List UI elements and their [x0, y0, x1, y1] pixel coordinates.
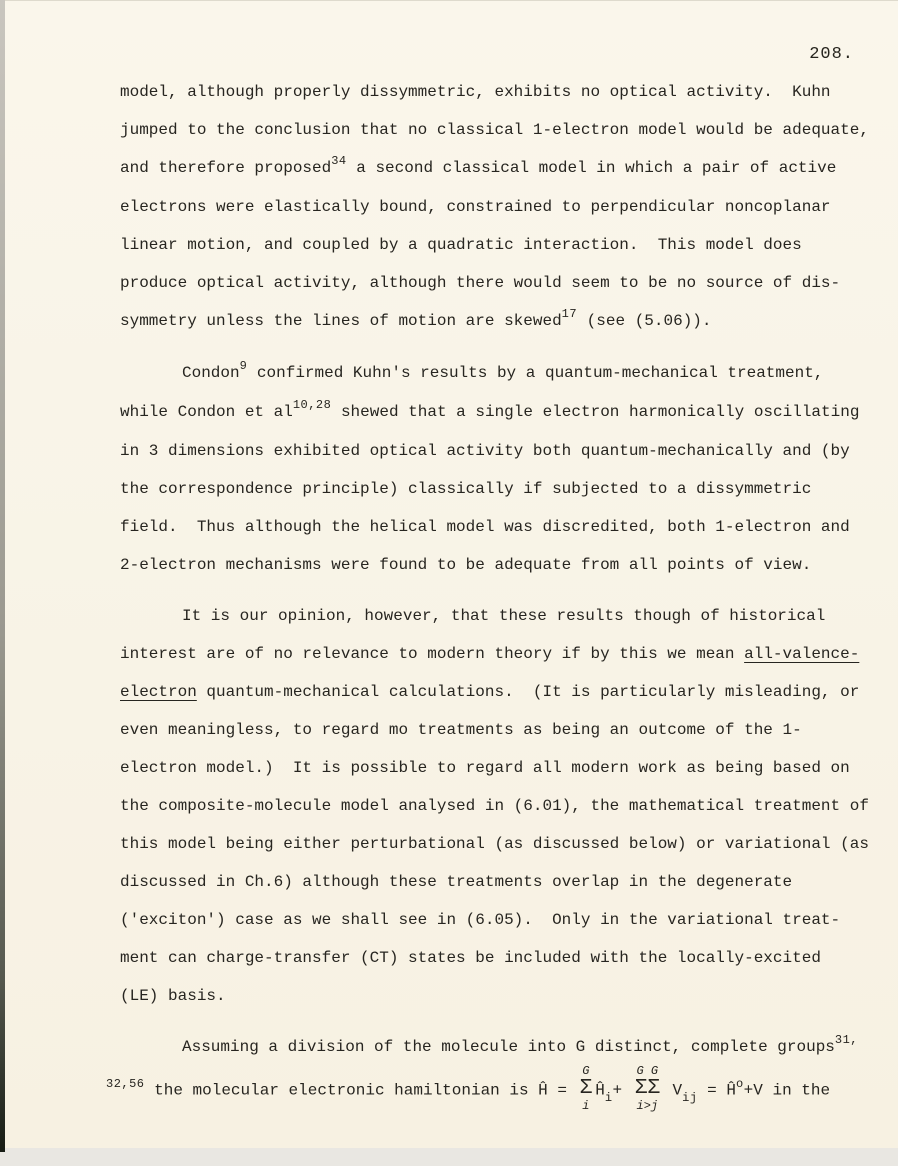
paragraph: It is our opinion, however, that these r…: [120, 597, 898, 1015]
text-line: (LE) basis.: [120, 977, 898, 1015]
text-segment: confirmed Kuhn's results by a quantum-me…: [247, 364, 823, 382]
document-page: 208. model, although properly dissymmetr…: [5, 0, 898, 1149]
text-segment: discussed in Ch.6) although these treatm…: [120, 873, 792, 891]
text-segment: electron model.) It is possible to regar…: [120, 759, 850, 777]
text-segment: +V in the: [744, 1082, 830, 1100]
summation-symbol: GΣi: [580, 1065, 593, 1112]
text-line: while Condon et al10,28 shewed that a si…: [120, 393, 898, 432]
text-line: interest are of no relevance to modern t…: [120, 635, 898, 673]
summation-symbol: G GΣΣi>j: [635, 1065, 660, 1112]
text-line: and therefore proposed34 a second classi…: [120, 149, 898, 188]
reference-superscript: 17: [562, 307, 577, 321]
text-segment: linear motion, and coupled by a quadrati…: [120, 236, 802, 254]
text-line: linear motion, and coupled by a quadrati…: [120, 226, 898, 264]
text-segment: i: [605, 1091, 613, 1105]
summation-sig: ΣΣ: [635, 1078, 660, 1099]
reference-superscript: 10,28: [293, 398, 332, 412]
text-segment: electron: [120, 683, 197, 701]
reference-superscript: o: [736, 1077, 744, 1091]
text-line: the composite-molecule model analysed in…: [120, 787, 898, 825]
text-segment: the correspondence principle) classicall…: [120, 480, 811, 498]
text-segment: Condon: [182, 364, 240, 382]
text-line: in 3 dimensions exhibited optical activi…: [120, 432, 898, 470]
text-line: ment can charge-transfer (CT) states be …: [120, 939, 898, 977]
text-segment: Ĥ: [595, 1082, 605, 1100]
text-segment: interest are of no relevance to modern t…: [120, 645, 744, 663]
text-segment: in 3 dimensions exhibited optical activi…: [120, 442, 850, 460]
text-segment: ij: [682, 1091, 697, 1105]
reference-superscript: 9: [240, 359, 248, 373]
text-line: electron quantum-mechanical calculations…: [120, 673, 898, 711]
text-line: discussed in Ch.6) although these treatm…: [120, 863, 898, 901]
text-line: Condon9 confirmed Kuhn's results by a qu…: [120, 354, 898, 393]
text-line: ('exciton') case as we shall see in (6.0…: [120, 901, 898, 939]
reference-superscript: 32,56: [106, 1077, 145, 1091]
text-segment: ment can charge-transfer (CT) states be …: [120, 949, 821, 967]
summation-top: G G: [637, 1065, 659, 1077]
text-segment: It is our opinion, however, that these r…: [182, 607, 825, 625]
text-segment: electrons were elastically bound, constr…: [120, 198, 831, 216]
summation-sig: Σ: [580, 1078, 593, 1099]
text-segment: = Ĥ: [698, 1082, 736, 1100]
text-segment: ('exciton') case as we shall see in (6.0…: [120, 911, 840, 929]
text-line: model, although properly dissymmetric, e…: [120, 73, 898, 111]
text-segment: all-valence-: [744, 645, 859, 663]
text-line: the correspondence principle) classicall…: [120, 470, 898, 508]
text-line: even meaningless, to regard mo treatment…: [120, 711, 898, 749]
text-line: field. Thus although the helical model w…: [120, 508, 898, 546]
text-line: electron model.) It is possible to regar…: [120, 749, 898, 787]
text-line: jumped to the conclusion that no classic…: [120, 111, 898, 149]
paragraph: Assuming a division of the molecule into…: [120, 1028, 898, 1114]
text-line: symmetry unless the lines of motion are …: [120, 302, 898, 341]
text-segment: (see (5.06)).: [577, 312, 711, 330]
text-segment: model, although properly dissymmetric, e…: [120, 83, 831, 101]
summation-top: G: [582, 1065, 589, 1077]
text-segment: V: [663, 1082, 682, 1100]
text-segment: 2-electron mechanisms were found to be a…: [120, 556, 811, 574]
text-segment: Assuming a division of the molecule into…: [182, 1038, 835, 1056]
text-line: this model being either perturbational (…: [120, 825, 898, 863]
text-segment: and therefore proposed: [120, 159, 331, 177]
text-segment: +: [613, 1082, 632, 1100]
scan-bottom-margin: [0, 1148, 898, 1166]
summation-bot: i>j: [637, 1100, 659, 1112]
body-text: model, although properly dissymmetric, e…: [120, 73, 898, 1114]
text-segment: the molecular electronic hamiltonian is …: [145, 1082, 577, 1100]
text-segment: shewed that a single electron harmonical…: [331, 403, 859, 421]
text-line: electrons were elastically bound, constr…: [120, 188, 898, 226]
text-segment: produce optical activity, although there…: [120, 274, 840, 292]
paragraph: model, although properly dissymmetric, e…: [120, 73, 898, 341]
text-segment: quantum-mechanical calculations. (It is …: [197, 683, 860, 701]
text-segment: field. Thus although the helical model w…: [120, 518, 850, 536]
page-number: 208.: [809, 45, 854, 64]
text-segment: this model being either perturbational (…: [120, 835, 869, 853]
text-line: 2-electron mechanisms were found to be a…: [120, 546, 898, 584]
text-segment: even meaningless, to regard mo treatment…: [120, 721, 802, 739]
text-line: produce optical activity, although there…: [120, 264, 898, 302]
text-segment: jumped to the conclusion that no classic…: [120, 121, 869, 139]
text-line: Assuming a division of the molecule into…: [120, 1028, 898, 1067]
text-segment: symmetry unless the lines of motion are …: [120, 312, 562, 330]
scan-left-edge: [0, 0, 5, 1152]
summation-bot: i: [582, 1100, 589, 1112]
reference-superscript: 34: [331, 154, 346, 168]
text-line: 32,56 the molecular electronic hamiltoni…: [106, 1067, 898, 1114]
text-line: It is our opinion, however, that these r…: [120, 597, 898, 635]
text-segment: a second classical model in which a pair…: [347, 159, 837, 177]
text-segment: while Condon et al: [120, 403, 293, 421]
reference-superscript: 31,: [835, 1033, 858, 1047]
paragraph: Condon9 confirmed Kuhn's results by a qu…: [120, 354, 898, 584]
text-segment: the composite-molecule model analysed in…: [120, 797, 869, 815]
text-segment: (LE) basis.: [120, 987, 226, 1005]
